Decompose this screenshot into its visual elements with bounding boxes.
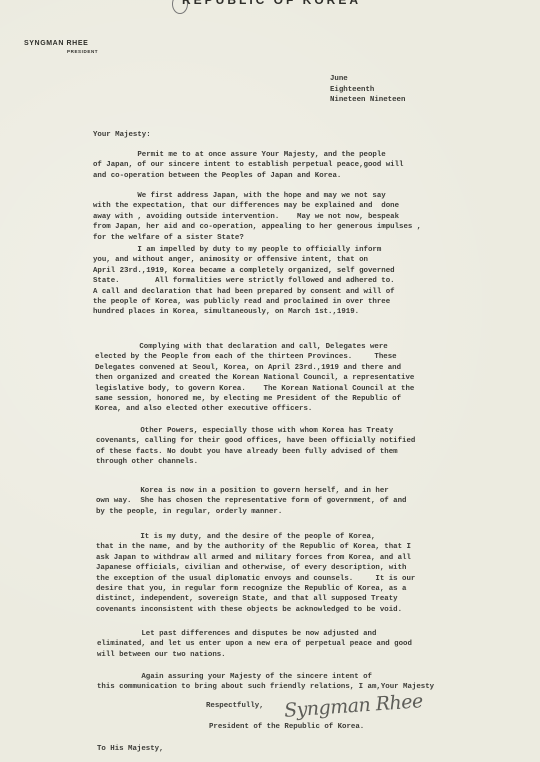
body-line: elected by the People from each of the t… xyxy=(95,352,397,363)
body-line: We first address Japan, with the hope an… xyxy=(93,191,386,202)
body-line: Delegates convened at Seoul, Korea, on A… xyxy=(95,363,401,374)
sender-name: SYNGMAN RHEE xyxy=(24,40,88,47)
body-line: by the people, in regular, orderly manne… xyxy=(96,507,282,518)
body-line: own way. She has chosen the representati… xyxy=(96,496,406,507)
body-line: eliminated, and let us enter upon a new … xyxy=(97,639,412,650)
body-line: A call and declaration that had been pre… xyxy=(93,287,395,298)
body-line: then organized and created the Korean Na… xyxy=(95,373,414,384)
body-line: for the welfare of a sister State? xyxy=(93,233,244,244)
body-line: hundred places in Korea, simultaneously,… xyxy=(93,307,359,318)
sender-title: PRESIDENT xyxy=(67,49,98,54)
body-line: April 23rd.,1919, Korea became a complet… xyxy=(93,266,395,277)
body-line: Korea, and also elected other executive … xyxy=(95,404,312,415)
body-line: I am impelled by duty to my people to of… xyxy=(93,245,381,256)
body-line: distinct, independent, sovereign State, … xyxy=(96,594,398,605)
body-line: away with , avoiding outside interventio… xyxy=(93,212,399,223)
body-line: covenants inconsistent with these object… xyxy=(96,605,402,616)
body-line: of these facts. No doubt you have alread… xyxy=(96,447,398,458)
body-line: the exception of the usual diplomatic en… xyxy=(96,574,415,585)
body-line: that in the name, and by the authority o… xyxy=(96,542,411,553)
body-line: through other channels. xyxy=(96,457,198,468)
body-line: Korea is now in a position to govern her… xyxy=(96,486,389,497)
date-month: June xyxy=(330,74,405,85)
body-line: ask Japan to withdraw all armed and mili… xyxy=(96,553,411,564)
body-line: State. All formalities were strictly fol… xyxy=(93,276,395,287)
body-line: Let past differences and disputes be now… xyxy=(97,629,376,640)
body-line: desire that you, in regular form recogni… xyxy=(96,584,406,595)
body-line: and co-operation between the Peoples of … xyxy=(93,171,341,182)
body-line: same session, honored me, by electing me… xyxy=(95,394,401,405)
body-line: It is my duty, and the desire of the peo… xyxy=(96,532,375,543)
body-line: legislative body, to govern Korea. The K… xyxy=(95,384,414,395)
signer-title: President of the Republic of Korea. xyxy=(209,722,364,733)
letter-page: REPUBLIC OF KOREA SYNGMAN RHEE PRESIDENT… xyxy=(0,0,540,762)
body-line: of Japan, of our sincere intent to estab… xyxy=(93,160,403,171)
body-line: will between our two nations. xyxy=(97,650,226,661)
addressee: To His Majesty, xyxy=(97,744,164,755)
date-day: Eighteenth xyxy=(330,85,405,96)
letter-date: June Eighteenth Nineteen Nineteen xyxy=(330,74,405,106)
body-line: Complying with that declaration and call… xyxy=(95,342,388,353)
handwritten-signature: Syngman Rhee xyxy=(283,690,423,722)
body-line: from Japan, her aid and co-operation, ap… xyxy=(93,222,421,233)
letterhead-title: REPUBLIC OF KOREA xyxy=(182,0,361,7)
valediction: Respectfully, xyxy=(206,701,264,712)
body-line: Japanese officials, civilian and otherwi… xyxy=(96,563,406,574)
body-line: Again assuring your Majesty of the since… xyxy=(97,672,372,683)
salutation: Your Majesty: xyxy=(93,130,151,141)
body-line: you, and without anger, animosity or off… xyxy=(93,255,368,266)
body-line: covenants, calling for their good office… xyxy=(96,436,415,447)
body-line: this communication to bring about such f… xyxy=(97,682,434,693)
body-line: the people of Korea, was publicly read a… xyxy=(93,297,390,308)
body-line: with the expectation, that our differenc… xyxy=(93,201,399,212)
date-year: Nineteen Nineteen xyxy=(330,95,405,106)
body-line: Permit me to at once assure Your Majesty… xyxy=(93,150,386,161)
body-line: Other Powers, especially those with whom… xyxy=(96,426,393,437)
